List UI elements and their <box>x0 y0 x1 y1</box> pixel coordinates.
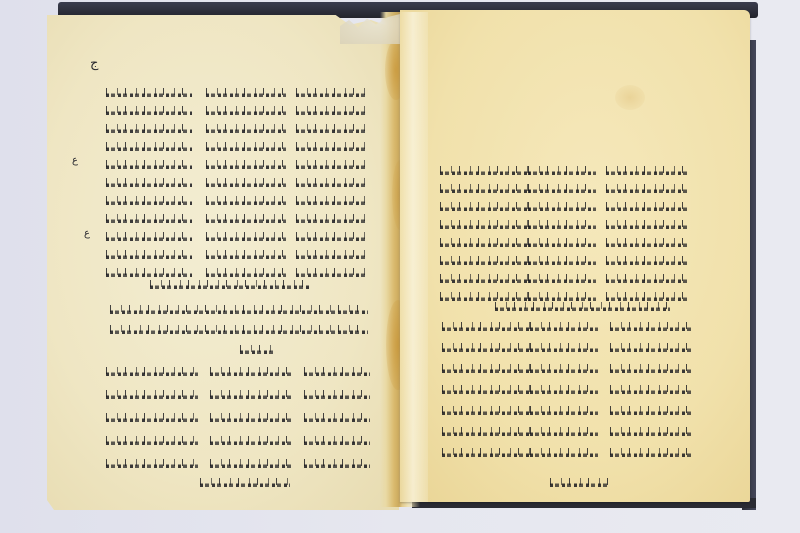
verse-line <box>106 459 198 472</box>
verse-line <box>296 250 366 263</box>
verse-line <box>528 184 596 197</box>
verse-line <box>530 406 598 419</box>
verse-line <box>530 343 598 356</box>
verse-line <box>528 220 596 233</box>
manuscript-photo: ج ع ع <box>0 0 800 533</box>
prose-line <box>110 325 368 338</box>
verse-line <box>304 367 370 380</box>
verse-line <box>442 364 530 377</box>
repair-tape <box>398 12 428 502</box>
verse-line <box>106 178 192 191</box>
verse-line <box>106 390 198 403</box>
verse-line <box>440 220 530 233</box>
verse-line <box>106 88 192 101</box>
verse-line <box>106 436 198 449</box>
verse-line <box>106 124 192 137</box>
verse-line <box>440 202 530 215</box>
verse-line <box>304 459 370 472</box>
verse-line <box>210 459 294 472</box>
closing-line <box>550 478 610 491</box>
verse-line <box>442 343 530 356</box>
verse-line <box>530 385 598 398</box>
verse-line <box>610 364 692 377</box>
verse-line <box>296 232 366 245</box>
verse-line <box>606 166 690 179</box>
verse-line <box>528 274 596 287</box>
page-stain <box>615 85 645 110</box>
verse-line <box>206 88 286 101</box>
verse-line <box>304 413 370 426</box>
verse-line <box>304 390 370 403</box>
verse-line <box>296 178 366 191</box>
verse-line <box>206 214 286 227</box>
verse-line <box>296 124 366 137</box>
verse-line <box>606 256 690 269</box>
verse-line <box>296 106 366 119</box>
verse-line <box>206 232 286 245</box>
verse-line <box>530 364 598 377</box>
verse-line <box>440 166 530 179</box>
centered-line <box>495 302 670 315</box>
verse-line <box>296 160 366 173</box>
verse-line <box>606 202 690 215</box>
closing-line <box>200 478 290 491</box>
verse-line <box>610 322 692 335</box>
verse-line <box>606 274 690 287</box>
verse-line <box>296 196 366 209</box>
verse-line <box>530 427 598 440</box>
verse-line <box>210 413 294 426</box>
verse-line <box>106 142 192 155</box>
verse-line <box>210 367 294 380</box>
verse-line <box>106 160 192 173</box>
verse-line <box>528 166 596 179</box>
left-margin-note-1: ع <box>72 155 78 166</box>
verse-line <box>106 413 198 426</box>
verse-line <box>296 214 366 227</box>
verse-line <box>440 238 530 251</box>
verse-line <box>206 250 286 263</box>
verse-line <box>528 202 596 215</box>
verse-line <box>606 220 690 233</box>
verse-line <box>206 160 286 173</box>
verse-line <box>206 178 286 191</box>
verse-line <box>296 142 366 155</box>
verse-line <box>206 106 286 119</box>
verse-line <box>440 184 530 197</box>
verse-line <box>528 238 596 251</box>
verse-line <box>442 448 530 461</box>
verse-line <box>206 124 286 137</box>
verse-line <box>442 406 530 419</box>
verse-line <box>304 436 370 449</box>
verse-line <box>106 196 192 209</box>
verse-line <box>206 196 286 209</box>
verse-line <box>610 406 692 419</box>
verse-line <box>606 184 690 197</box>
verse-line <box>442 322 530 335</box>
left-margin-note-2: ع <box>84 228 90 239</box>
verse-line <box>606 238 690 251</box>
left-page-corner-mark: ج <box>90 56 98 71</box>
verse-line <box>442 427 530 440</box>
verse-line <box>106 106 192 119</box>
verse-line <box>528 256 596 269</box>
verse-line <box>210 390 294 403</box>
verse-line <box>440 256 530 269</box>
prose-line <box>110 305 368 318</box>
verse-line <box>210 436 294 449</box>
verse-line <box>296 88 366 101</box>
verse-line <box>440 274 530 287</box>
centered-short-line <box>240 345 276 358</box>
verse-line <box>206 142 286 155</box>
verse-line <box>610 343 692 356</box>
verse-line <box>610 385 692 398</box>
torn-page-corner <box>340 14 400 44</box>
verse-line <box>106 232 192 245</box>
verse-line <box>442 385 530 398</box>
verse-line <box>610 448 692 461</box>
verse-line <box>530 322 598 335</box>
centered-heading-line <box>150 280 310 293</box>
verse-line <box>610 427 692 440</box>
verse-line <box>106 367 198 380</box>
verse-line <box>106 250 192 263</box>
verse-line <box>106 214 192 227</box>
verse-line <box>530 448 598 461</box>
